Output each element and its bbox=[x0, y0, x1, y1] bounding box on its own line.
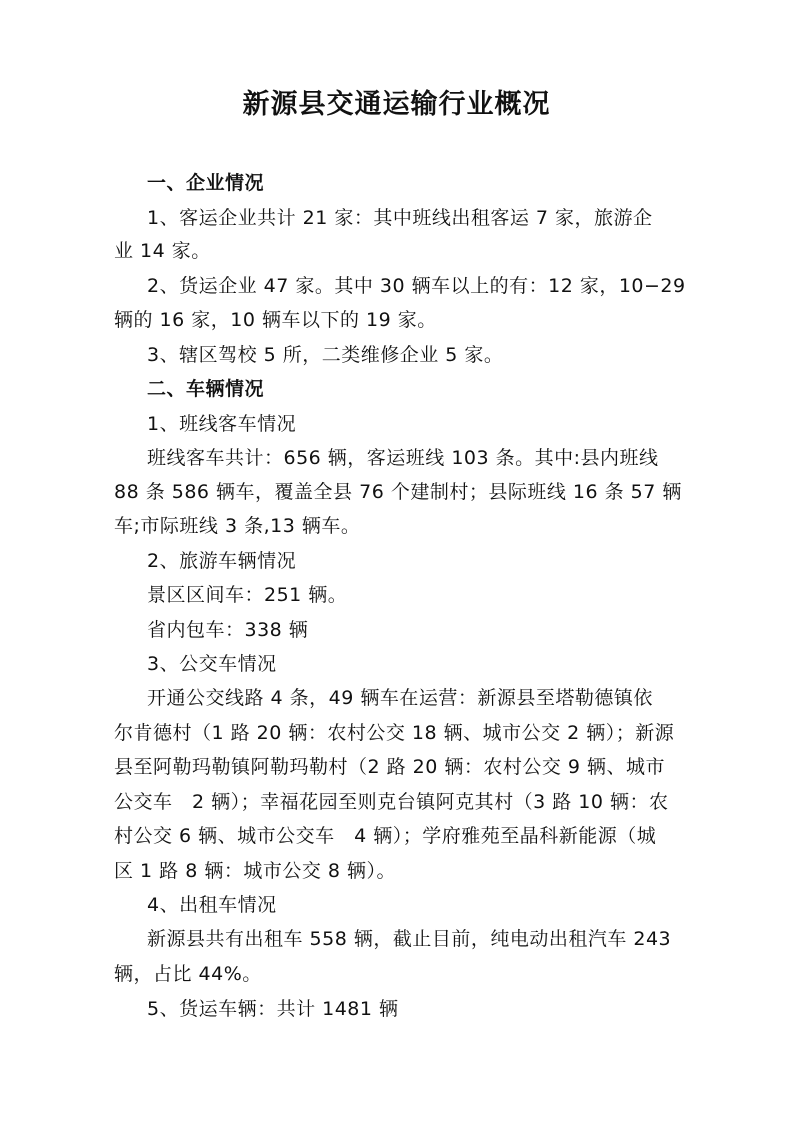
paragraph-line: 辆，占比 44%。 bbox=[114, 959, 684, 986]
paragraph-line: 3、公交车情况 bbox=[147, 649, 717, 676]
paragraph-line: 3、辖区驾校 5 所，二类维修企业 5 家。 bbox=[147, 340, 717, 367]
paragraph-line: 业 14 家。 bbox=[114, 236, 684, 263]
paragraph-line: 1、客运企业共计 21 家：其中班线出租客运 7 家，旅游企 bbox=[147, 203, 717, 230]
paragraph-line: 班线客车共计：656 辆，客运班线 103 条。其中:县内班线 bbox=[147, 443, 717, 470]
paragraph-line: 景区区间车：251 辆。 bbox=[147, 580, 717, 607]
section-heading: 二、车辆情况 bbox=[147, 374, 717, 401]
paragraph-line: 2、货运企业 47 家。其中 30 辆车以上的有：12 家，10−29 bbox=[147, 271, 717, 298]
paragraph-line: 1、班线客车情况 bbox=[147, 409, 717, 436]
paragraph-line: 开通公交线路 4 条，49 辆车在运营：新源县至塔勒德镇依 bbox=[147, 683, 717, 710]
paragraph-line: 辆的 16 家，10 辆车以下的 19 家。 bbox=[114, 305, 684, 332]
paragraph-line: 4、出租车情况 bbox=[147, 890, 717, 917]
section-heading: 一、企业情况 bbox=[147, 168, 717, 195]
paragraph-line: 公交车 2 辆）；幸福花园至则克台镇阿克其村（3 路 10 辆：农 bbox=[114, 787, 684, 814]
paragraph-line: 新源县共有出租车 558 辆，截止目前，纯电动出租汽车 243 bbox=[147, 924, 717, 951]
paragraph-line: 88 条 586 辆车，覆盖全县 76 个建制村；县际班线 16 条 57 辆 bbox=[114, 477, 684, 504]
paragraph-line: 省内包车：338 辆 bbox=[147, 615, 717, 642]
paragraph-line: 2、旅游车辆情况 bbox=[147, 546, 717, 573]
page-title: 新源县交通运输行业概况 bbox=[0, 82, 793, 121]
paragraph-line: 县至阿勒玛勒镇阿勒玛勒村（2 路 20 辆：农村公交 9 辆、城市 bbox=[114, 752, 684, 779]
paragraph-line: 区 1 路 8 辆：城市公交 8 辆）。 bbox=[114, 856, 684, 883]
paragraph-line: 村公交 6 辆、城市公交车 4 辆）；学府雅苑至晶科新能源（城 bbox=[114, 821, 684, 848]
paragraph-line: 5、货运车辆：共计 1481 辆 bbox=[147, 994, 717, 1021]
paragraph-line: 尔肯德村（1 路 20 辆：农村公交 18 辆、城市公交 2 辆）；新源 bbox=[114, 718, 684, 745]
paragraph-line: 车;市际班线 3 条,13 辆车。 bbox=[114, 511, 684, 538]
